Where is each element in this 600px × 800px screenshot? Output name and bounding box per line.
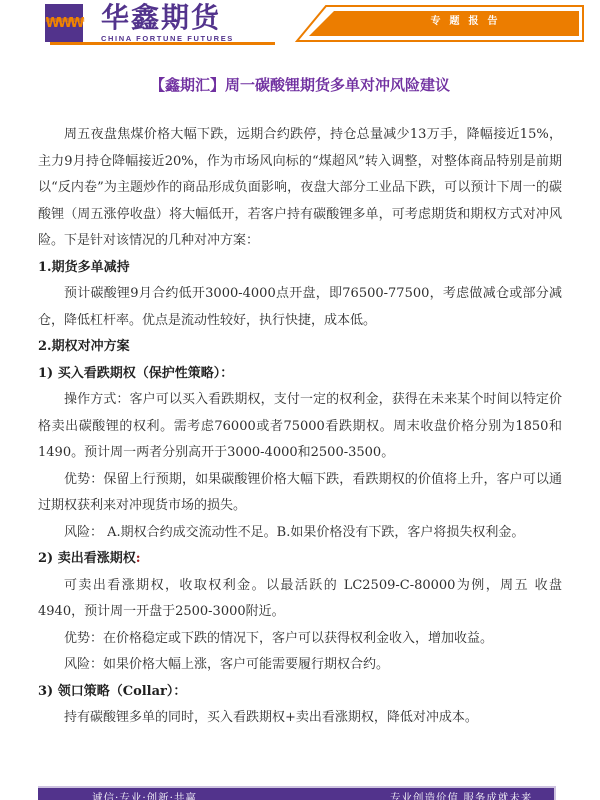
- option-1-how-paragraph: 操作方式：客户可以买入看跌期权，支付一定的权利金，获得在未来某个时间以特定价格卖…: [38, 387, 562, 467]
- brand-name-cn: 华鑫期货: [101, 3, 234, 33]
- logo-people-icon: ₩₩₩: [45, 17, 82, 30]
- document-body: 【鑫期汇】周一碳酸锂期货多单对冲风险建议 周五夜盘焦煤价格大幅下跌，远期合约跌停…: [38, 74, 562, 732]
- option-2-risks-paragraph: 风险：如果价格大幅上涨，客户可能需要履行期权合约。: [38, 652, 562, 679]
- option-2-heading: 2) 卖出看涨期权:: [38, 546, 562, 573]
- option-2-heading-text: 2) 卖出看涨期权: [38, 551, 136, 566]
- intro-paragraph: 周五夜盘焦煤价格大幅下跌，远期合约跌停，持仓总量减少13万手，降幅接近15%，主…: [38, 122, 562, 255]
- section-1-heading: 1.期货多单减持: [38, 255, 562, 282]
- option-3-paragraph: 持有碳酸锂多单的同时，买入看跌期权+卖出看涨期权，降低对冲成本。: [38, 705, 562, 732]
- brand-block: 华鑫期货 CHINA FORTUNE FUTURES: [101, 3, 234, 43]
- footer-slogan-right: 专业创造价值 服务成就未来: [390, 792, 532, 800]
- section-1-paragraph: 预计碳酸锂9月合约低开3000-4000点开盘，即76500-77500，考虑做…: [38, 281, 562, 334]
- option-2-heading-colon: :: [136, 551, 141, 566]
- option-3-heading: 3) 领口策略（Collar）：: [38, 679, 562, 706]
- footer-slogan-left: 诚信·专业·创新·共赢: [92, 792, 197, 800]
- report-type-banner: 专题报告: [287, 5, 585, 43]
- option-1-risks-paragraph: 风险： A.期权合约成交流动性不足。B.如果价格没有下跌，客户将损失权利金。: [38, 520, 562, 547]
- header-orange-rule: [50, 42, 275, 45]
- option-2-paragraph: 可卖出看涨期权，收取权利金。以最活跃的 LC2509-C-80000为例，周五 …: [38, 573, 562, 626]
- section-2-heading: 2.期权对冲方案: [38, 334, 562, 361]
- company-logo: ₩₩₩: [45, 4, 83, 42]
- footer-bar: 诚信·专业·创新·共赢 专业创造价值 服务成就未来: [38, 786, 556, 800]
- page-title: 【鑫期汇】周一碳酸锂期货多单对冲风险建议: [38, 74, 562, 96]
- option-1-heading: 1) 买入看跌期权（保护性策略）：: [38, 361, 562, 388]
- option-2-pros-paragraph: 优势：在价格稳定或下跌的情况下，客户可以获得权利金收入，增加收益。: [38, 626, 562, 653]
- banner-label: 专题报告: [351, 17, 577, 27]
- report-page: ₩₩₩ 华鑫期货 CHINA FORTUNE FUTURES 专题报告 【鑫期汇…: [0, 0, 600, 800]
- option-1-pros-paragraph: 优势：保留上行预期，如果碳酸锂价格大幅下跌，看跌期权的价值将上升，客户可以通过期…: [38, 467, 562, 520]
